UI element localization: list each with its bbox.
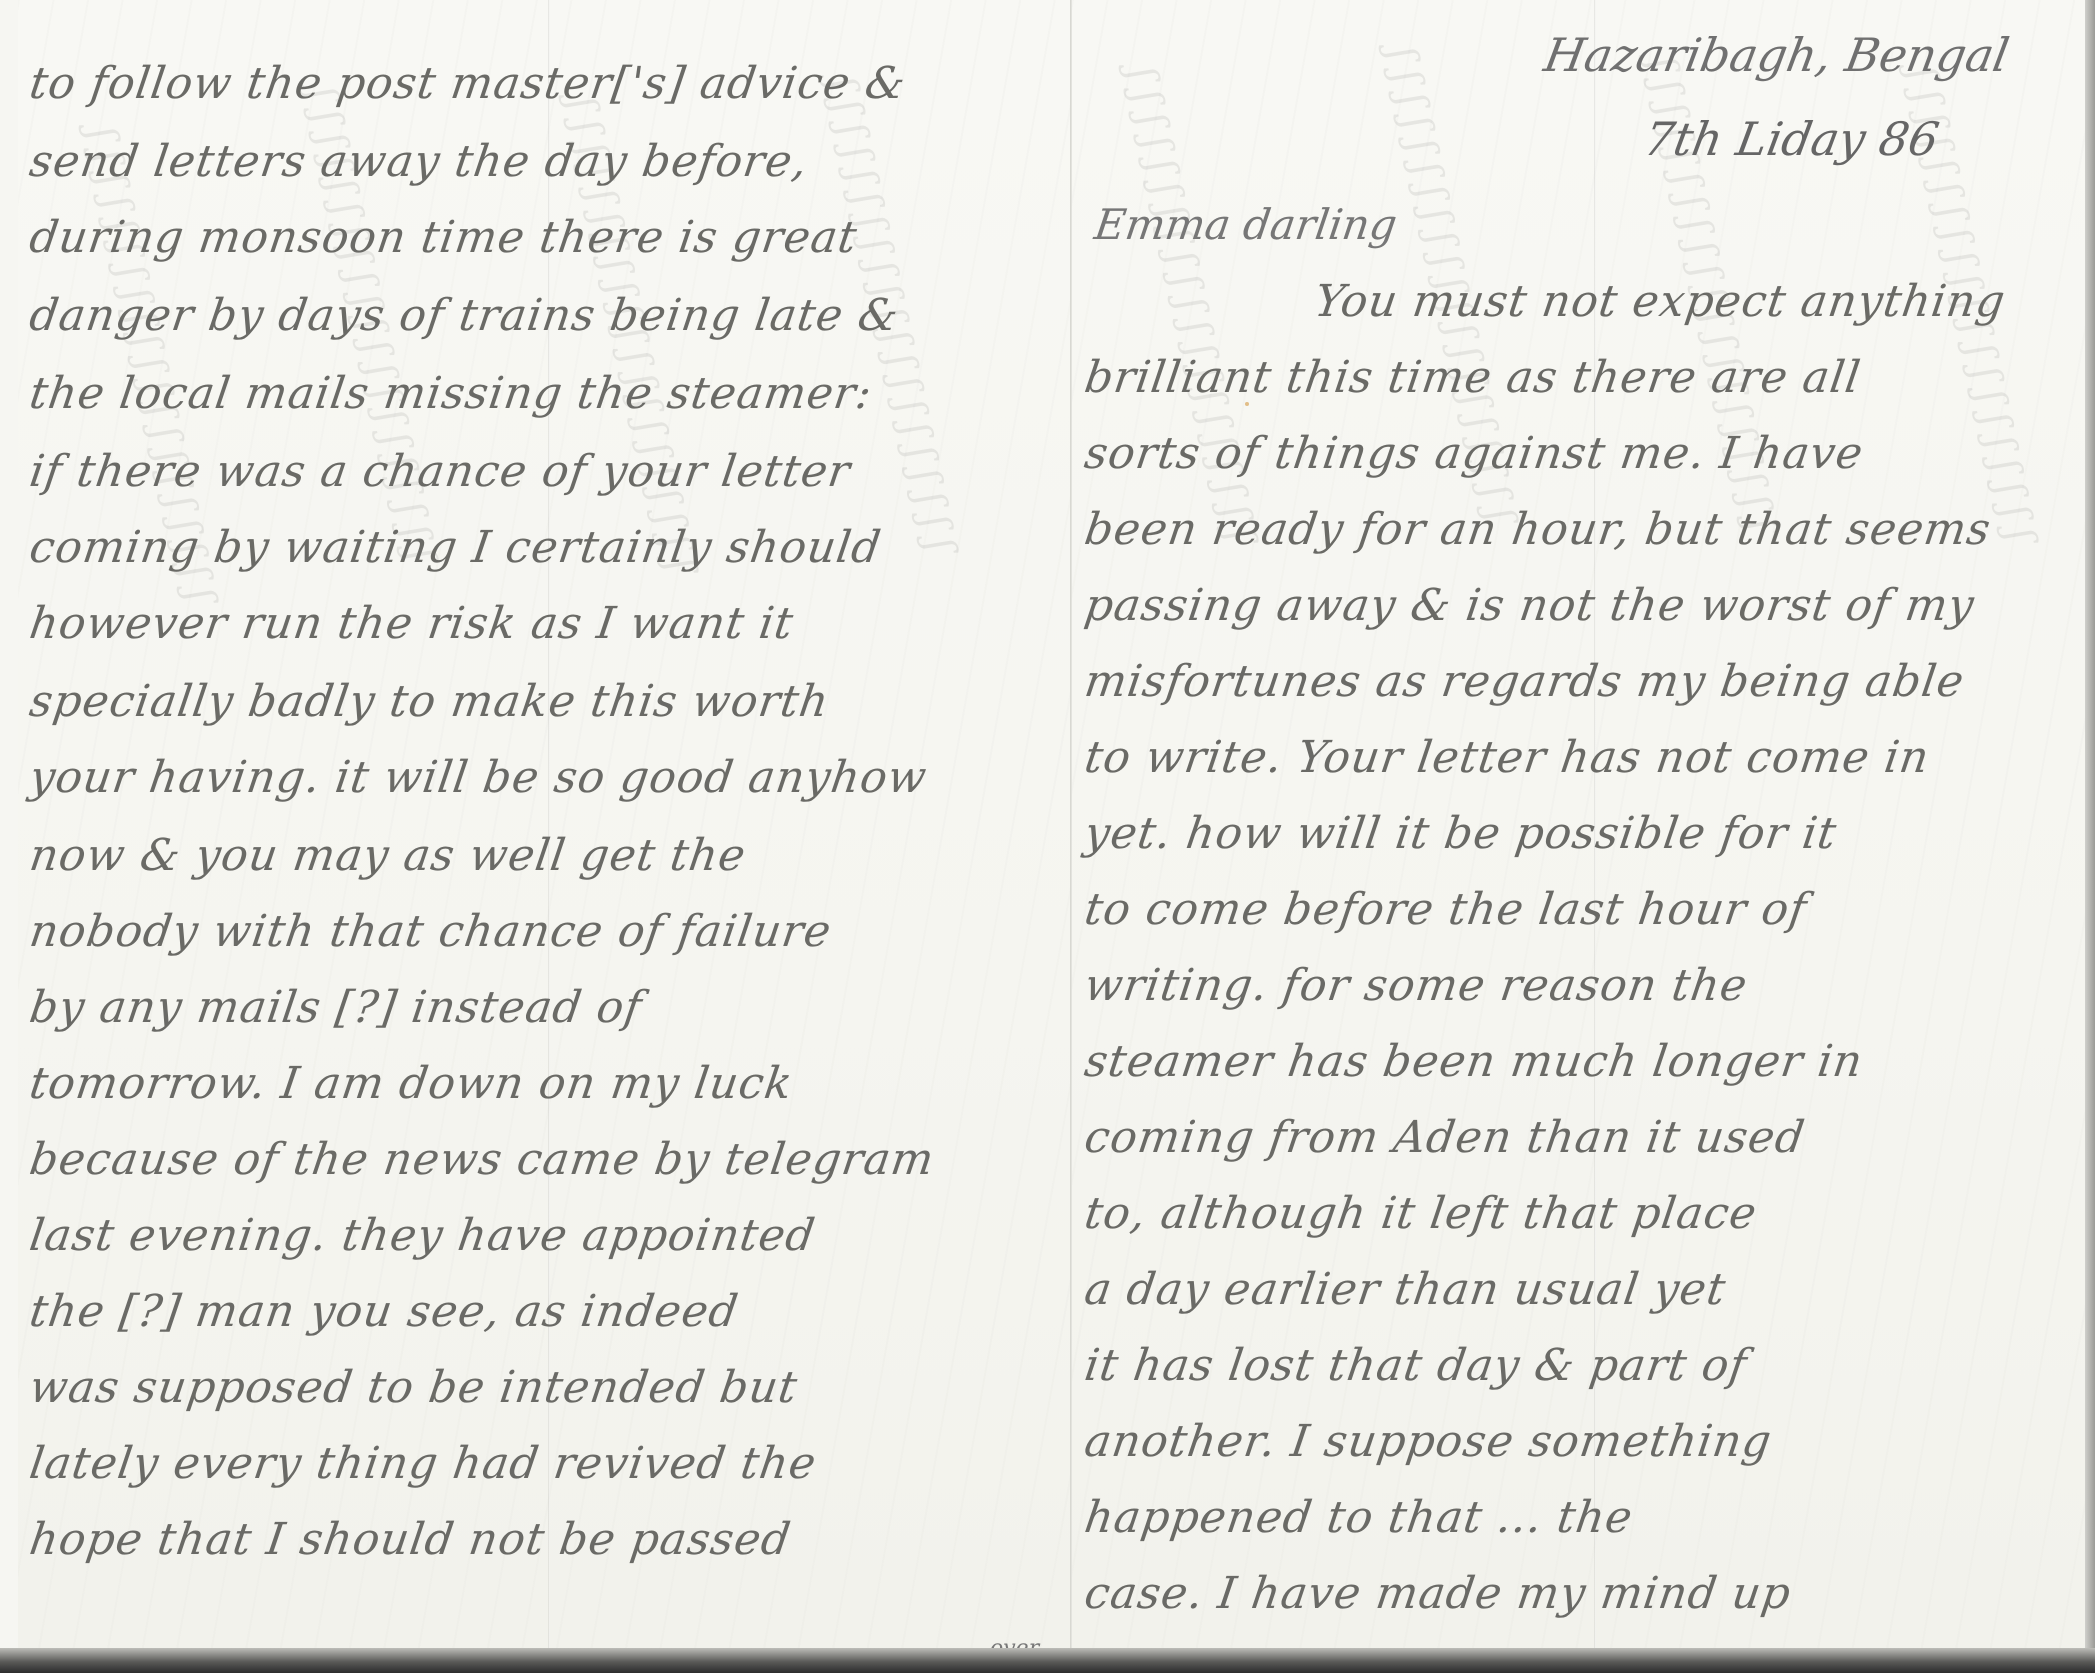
letter-line: specially badly to make this worth — [26, 676, 832, 727]
letter-line: the local mails missing the steamer: — [26, 368, 875, 419]
letter-date: 7th Liday 86 — [1640, 112, 1943, 166]
letter-line: been ready for an hour, but that seems — [1081, 504, 1994, 555]
salutation: Emma darling — [1092, 200, 1400, 249]
letter-line: if there was a chance of your letter — [26, 446, 854, 497]
letter-line: to, although it left that place — [1081, 1188, 1760, 1239]
letter-line: hope that I should not be passed — [26, 1514, 794, 1565]
letter-line: however run the risk as I want it — [26, 598, 797, 649]
letter-line: by any mails [?] instead of — [26, 982, 645, 1033]
letter-line: passing away & is not the worst of my — [1081, 580, 1977, 631]
letter-line: was supposed to be intended but — [26, 1362, 801, 1413]
scan-edge — [2085, 0, 2095, 1673]
letter-line: misfortunes as regards my being able — [1081, 656, 1967, 707]
letter-line: yet. how will it be possible for it — [1081, 808, 1840, 859]
letter-line: coming by waiting I certainly should — [26, 522, 884, 573]
letter-line: to come before the last hour of — [1081, 884, 1810, 935]
scanned-letter: ʃ ʃ ʃ ʃ ʃ ʃ ʃ ʃ ʃ ʃ ʃ ʃ ʃ ʃ ʃ ʃ ʃ ʃ ʃ ʃ … — [0, 0, 2095, 1673]
letter-line: tomorrow. I am down on my luck — [26, 1058, 796, 1109]
letter-line: a day earlier than usual yet — [1081, 1264, 1729, 1315]
letter-line: lately every thing had revived the — [26, 1438, 819, 1489]
letter-line: brilliant this time as there are all — [1081, 352, 1864, 403]
letter-line: steamer has been much longer in — [1081, 1036, 1866, 1087]
letter-line: because of the news came by telegram — [26, 1134, 937, 1185]
letter-line: it has lost that day & part of — [1081, 1340, 1750, 1391]
letter-line: sorts of things against me. I have — [1081, 428, 1866, 479]
letter-line: another. I suppose something — [1081, 1416, 1775, 1467]
letter-line: danger by days of trains being late & — [26, 290, 902, 341]
letter-line: case. I have made my mind up — [1081, 1568, 1794, 1619]
letter-line: You must not expect anything — [1311, 276, 2008, 327]
letter-line: your having. it will be so good anyhow — [26, 752, 930, 803]
letter-place: Hazaribagh, Bengal — [1540, 28, 2013, 82]
letter-line: last evening. they have appointed — [26, 1210, 818, 1261]
letter-line: coming from Aden than it used — [1081, 1112, 1808, 1163]
scan-bottom-shadow — [0, 1648, 2095, 1673]
letter-line: to follow the post master['s] advice & — [26, 58, 909, 109]
letter-line: the [?] man you see, as indeed — [26, 1286, 741, 1337]
letter-line: writing. for some reason the — [1081, 960, 1751, 1011]
letter-line: nobody with that chance of failure — [26, 906, 834, 957]
letter-line: send letters away the day before, — [26, 136, 811, 187]
letter-line: happened to that ... the — [1081, 1492, 1636, 1543]
letter-line: during monsoon time there is great — [26, 212, 860, 263]
foxing-spot — [1245, 402, 1249, 406]
letter-line: to write. Your letter has not come in — [1081, 732, 1932, 783]
letter-line: now & you may as well get the — [26, 830, 749, 881]
